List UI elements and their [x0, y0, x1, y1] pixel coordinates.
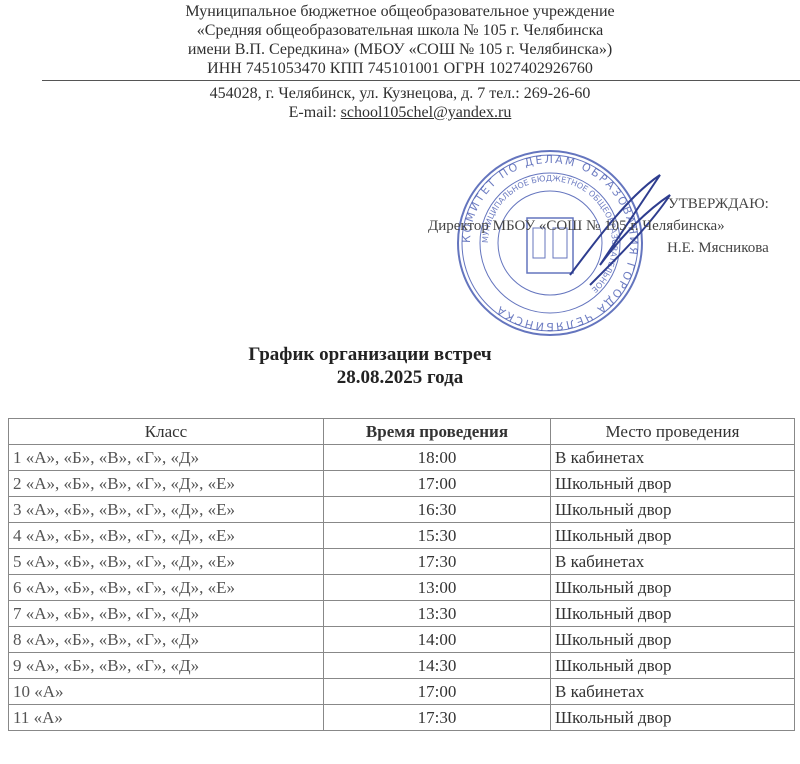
cell-place: Школьный двор: [551, 627, 795, 653]
cell-time: 18:00: [324, 445, 551, 471]
letterhead: Муниципальное бюджетное общеобразователь…: [0, 2, 800, 78]
table-row: 4 «А», «Б», «В», «Г», «Д», «Е»15:30Школь…: [9, 523, 795, 549]
cell-place: В кабинетах: [551, 679, 795, 705]
cell-place: Школьный двор: [551, 471, 795, 497]
approval-position: Директор МБОУ «СОШ № 105 г. Челябинска»: [428, 218, 725, 235]
cell-place: Школьный двор: [551, 523, 795, 549]
header-place: Место проведения: [551, 419, 795, 445]
table-row: 6 «А», «Б», «В», «Г», «Д», «Е»13:00Школь…: [9, 575, 795, 601]
cell-class: 7 «А», «Б», «В», «Г», «Д»: [9, 601, 324, 627]
table-row: 7 «А», «Б», «В», «Г», «Д»13:30Школьный д…: [9, 601, 795, 627]
cell-class: 4 «А», «Б», «В», «Г», «Д», «Е»: [9, 523, 324, 549]
cell-class: 9 «А», «Б», «В», «Г», «Д»: [9, 653, 324, 679]
cell-class: 11 «А»: [9, 705, 324, 731]
cell-time: 13:00: [324, 575, 551, 601]
cell-place: В кабинетах: [551, 445, 795, 471]
letterhead-line: «Средняя общеобразовательная школа № 105…: [0, 21, 800, 40]
cell-time: 15:30: [324, 523, 551, 549]
cell-time: 14:00: [324, 627, 551, 653]
table-row: 10 «А»17:00В кабинетах: [9, 679, 795, 705]
cell-class: 10 «А»: [9, 679, 324, 705]
schedule-table: Класс Время проведения Место проведения …: [8, 418, 795, 731]
cell-class: 3 «А», «Б», «В», «Г», «Д», «Е»: [9, 497, 324, 523]
table-header-row: Класс Время проведения Место проведения: [9, 419, 795, 445]
table-row: 1 «А», «Б», «В», «Г», «Д»18:00В кабинета…: [9, 445, 795, 471]
letterhead-line: ИНН 7451053470 КПП 745101001 ОГРН 102740…: [0, 59, 800, 78]
header-time: Время проведения: [324, 419, 551, 445]
cell-place: Школьный двор: [551, 497, 795, 523]
table-row: 8 «А», «Б», «В», «Г», «Д»14:00Школьный д…: [9, 627, 795, 653]
table-row: 11 «А»17:30Школьный двор: [9, 705, 795, 731]
header-class: Класс: [9, 419, 324, 445]
letterhead-line: Муниципальное бюджетное общеобразователь…: [0, 2, 800, 21]
cell-time: 14:30: [324, 653, 551, 679]
document-date: 28.08.2025 года: [0, 367, 800, 389]
cell-class: 6 «А», «Б», «В», «Г», «Д», «Е»: [9, 575, 324, 601]
email-line: E-mail: school105chel@yandex.ru: [0, 103, 800, 122]
table-row: 5 «А», «Б», «В», «Г», «Д», «Е»17:30В каб…: [9, 549, 795, 575]
letterhead-divider: [42, 80, 800, 81]
cell-place: В кабинетах: [551, 549, 795, 575]
table-row: 9 «А», «Б», «В», «Г», «Д»14:30Школьный д…: [9, 653, 795, 679]
cell-place: Школьный двор: [551, 653, 795, 679]
cell-class: 1 «А», «Б», «В», «Г», «Д»: [9, 445, 324, 471]
cell-class: 8 «А», «Б», «В», «Г», «Д»: [9, 627, 324, 653]
cell-class: 2 «А», «Б», «В», «Г», «Д», «Е»: [9, 471, 324, 497]
approval-heading: УТВЕРЖДАЮ:: [668, 196, 769, 213]
approval-name: Н.Е. Мясникова: [667, 240, 769, 257]
cell-class: 5 «А», «Б», «В», «Г», «Д», «Е»: [9, 549, 324, 575]
cell-place: Школьный двор: [551, 575, 795, 601]
address: 454028, г. Челябинск, ул. Кузнецова, д. …: [0, 84, 800, 103]
cell-time: 16:30: [324, 497, 551, 523]
table-row: 2 «А», «Б», «В», «Г», «Д», «Е»17:00Школь…: [9, 471, 795, 497]
document-title: График организации встреч: [0, 344, 770, 366]
email-link[interactable]: school105chel@yandex.ru: [341, 104, 512, 121]
cell-place: Школьный двор: [551, 705, 795, 731]
email-label: E-mail:: [289, 104, 341, 121]
cell-time: 17:00: [324, 471, 551, 497]
cell-time: 17:30: [324, 549, 551, 575]
cell-time: 13:30: [324, 601, 551, 627]
cell-place: Школьный двор: [551, 601, 795, 627]
cell-time: 17:30: [324, 705, 551, 731]
cell-time: 17:00: [324, 679, 551, 705]
table-row: 3 «А», «Б», «В», «Г», «Д», «Е»16:30Школь…: [9, 497, 795, 523]
letterhead-line: имени В.П. Середкина» (МБОУ «СОШ № 105 г…: [0, 40, 800, 59]
contact-block: 454028, г. Челябинск, ул. Кузнецова, д. …: [0, 84, 800, 122]
